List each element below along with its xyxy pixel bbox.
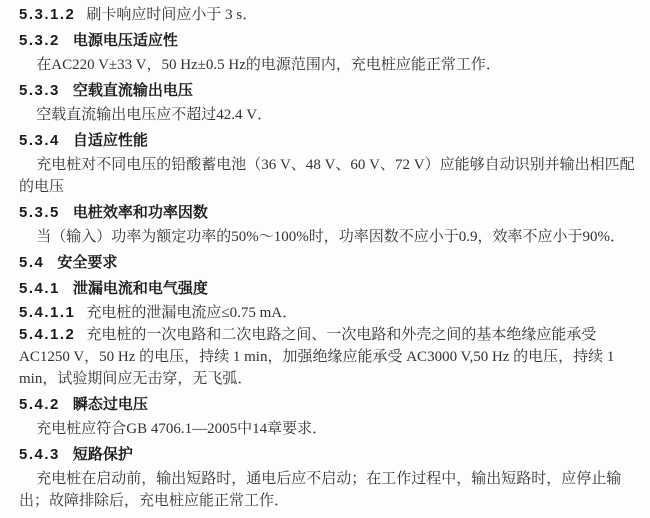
- section-heading-5-4-3: 5.4.3短路保护: [19, 444, 642, 466]
- section-heading-5-4: 5.4安全要求: [19, 252, 642, 274]
- heading-title: 空载直流输出电压: [73, 82, 193, 99]
- section-heading-5-4-1: 5.4.1泄漏电流和电气强度: [19, 278, 642, 300]
- heading-number: 5.3.3: [19, 82, 60, 99]
- clause-number: 5.3.1.2: [19, 6, 75, 23]
- body-paragraph: 充电桩应符合GB 4706.1—2005中14章要求．: [19, 418, 642, 440]
- heading-title: 瞬态过电压: [73, 396, 148, 413]
- heading-number: 5.3.5: [19, 204, 60, 221]
- section-heading-5-3-2: 5.3.2电源电压适应性: [19, 30, 642, 52]
- clause-number: 5.4.1.2: [19, 326, 75, 343]
- clause-text: 刷卡响应时间应小于 3 s．: [86, 7, 257, 23]
- heading-number: 5.4.3: [19, 446, 60, 463]
- heading-title: 安全要求: [57, 254, 117, 271]
- body-paragraph: 充电桩对不同电压的铅酸蓄电池（36 V、48 V、60 V、72 V）应能够自动…: [19, 154, 642, 198]
- clause-5-3-1-2: 5.3.1.2刷卡响应时间应小于 3 s．: [19, 4, 642, 26]
- body-paragraph: 当（输入）功率为额定功率的50%～100%时，功率因数不应小于0.9，效率不应小…: [19, 226, 642, 248]
- clause-text: 充电桩的泄漏电流应≤0.75 mA．: [86, 305, 297, 321]
- heading-number: 5.4: [19, 254, 44, 271]
- heading-number: 5.4.2: [19, 396, 60, 413]
- body-paragraph: 充电桩在启动前，输出短路时，通电后应不启动；在工作过程中，输出短路时，应停止输出…: [19, 468, 642, 512]
- clause-5-4-1-2: 5.4.1.2充电桩的一次电路和二次电路之间、一次电路和外壳之间的基本绝缘应能承…: [19, 324, 642, 390]
- section-heading-5-4-2: 5.4.2瞬态过电压: [19, 394, 642, 416]
- standard-document-page: 5.3.1.2刷卡响应时间应小于 3 s． 5.3.2电源电压适应性 在AC22…: [0, 0, 650, 518]
- heading-number: 5.4.1: [19, 280, 60, 297]
- heading-number: 5.3.2: [19, 32, 60, 49]
- clause-5-4-1-1: 5.4.1.1充电桩的泄漏电流应≤0.75 mA．: [19, 302, 642, 324]
- body-paragraph: 空载直流输出电压应不超过42.4 V．: [19, 104, 642, 126]
- heading-title: 自适应性能: [73, 132, 148, 149]
- heading-title: 泄漏电流和电气强度: [73, 280, 208, 297]
- clause-number: 5.4.1.1: [19, 304, 75, 321]
- section-heading-5-3-5: 5.3.5电桩效率和功率因数: [19, 202, 642, 224]
- heading-title: 电源电压适应性: [73, 32, 178, 49]
- section-heading-5-3-4: 5.3.4自适应性能: [19, 130, 642, 152]
- heading-number: 5.3.4: [19, 132, 60, 149]
- heading-title: 短路保护: [73, 446, 133, 463]
- body-paragraph: 在AC220 V±33 V，50 Hz±0.5 Hz的电源范围内，充电桩应能正常…: [19, 54, 642, 76]
- section-heading-5-3-3: 5.3.3空载直流输出电压: [19, 80, 642, 102]
- clause-text: 充电桩的一次电路和二次电路之间、一次电路和外壳之间的基本绝缘应能承受 AC125…: [19, 327, 614, 387]
- heading-title: 电桩效率和功率因数: [73, 204, 208, 221]
